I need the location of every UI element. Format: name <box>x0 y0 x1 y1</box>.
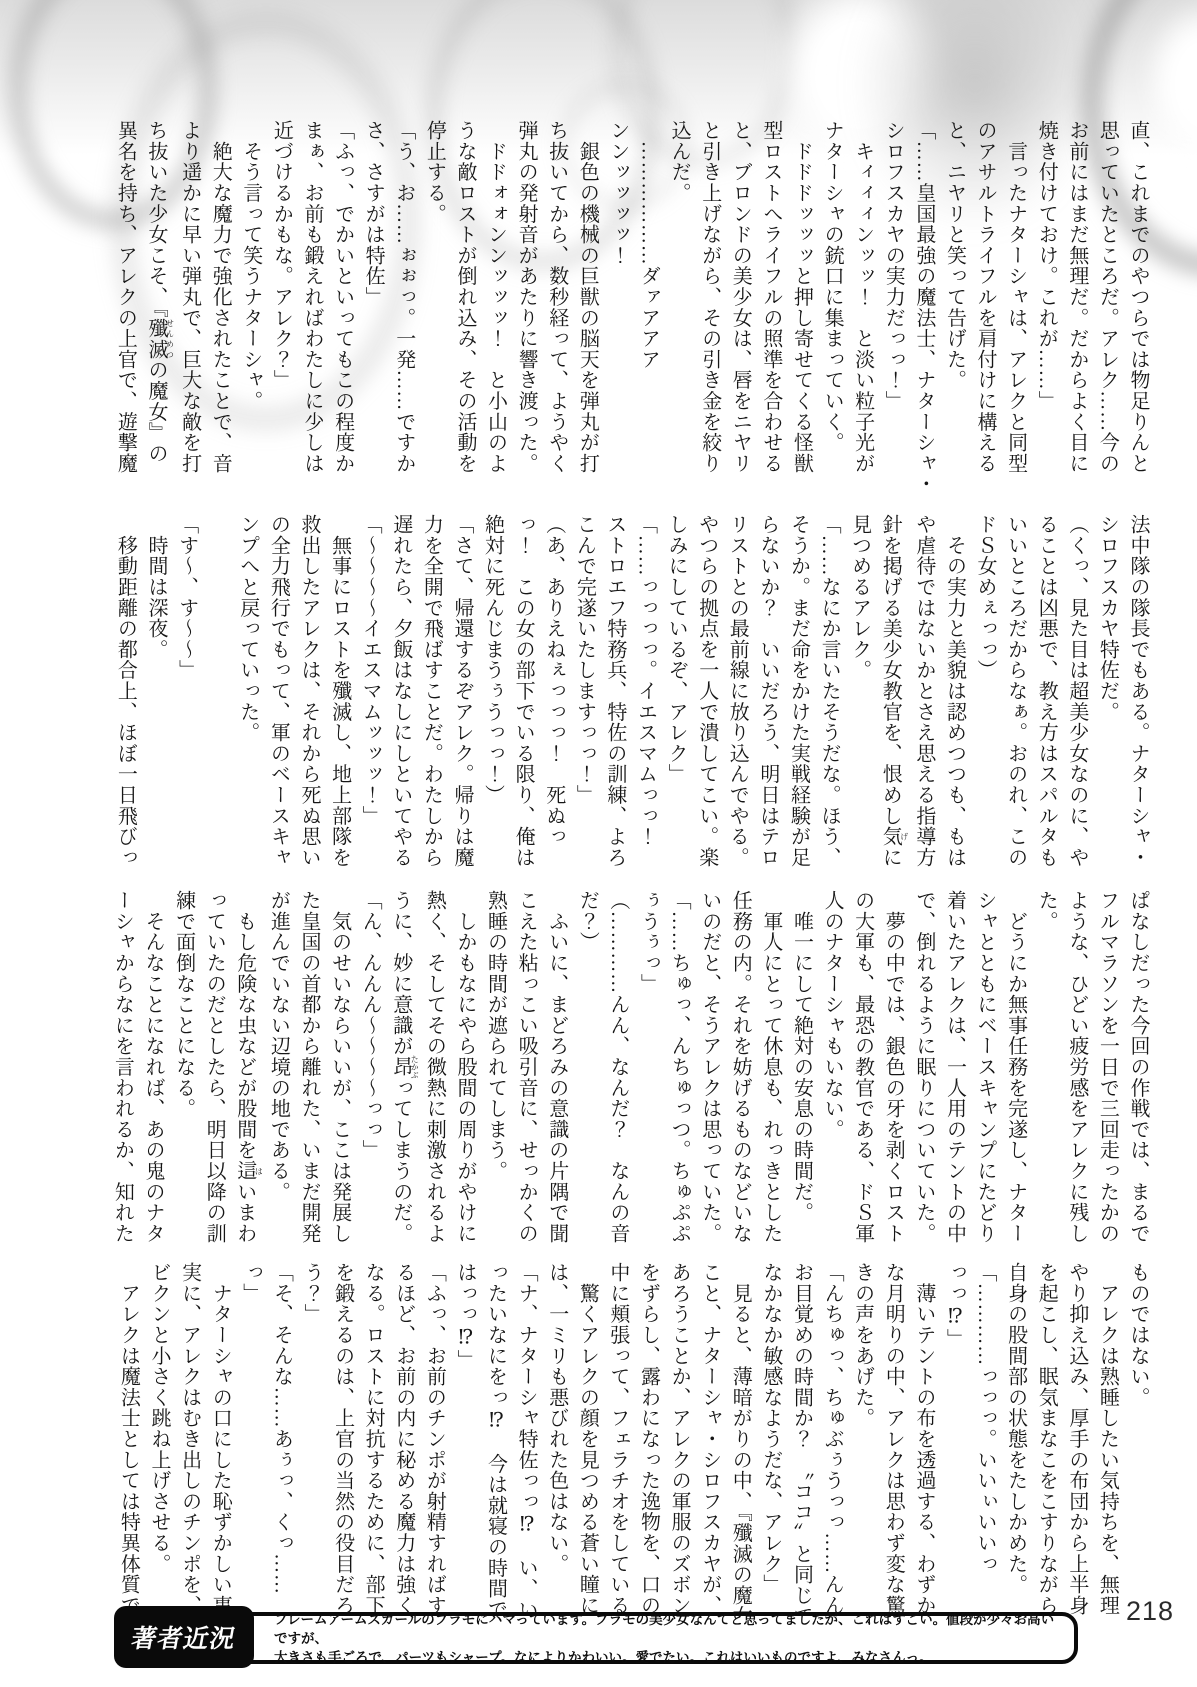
text-column: ンプへと戻っていった。 <box>232 514 263 870</box>
text-column: 焼き付けておけ。これが……」 <box>1031 120 1062 476</box>
text-column: いのだと、そうアレクは思っていた。 <box>694 890 725 1246</box>
text-column: 「す〜、す〜〜」 <box>171 514 202 870</box>
text-column: 唯一にして絶対の安息の時間だ。 <box>786 890 817 1246</box>
text-column: しみにしているぞ、アレク」 <box>661 514 692 870</box>
text-column: お前にはまだ無理だ。だからよく目に <box>1061 120 1092 476</box>
text-column: フルマラソンを一日で三回走ったかの <box>1092 890 1123 1246</box>
text-column: キィィィンッッ！ と淡い粒子光が <box>847 120 878 476</box>
text-column: その実力と美貌は認めつつも、もは <box>939 514 970 870</box>
text-column: 「んちゅっ、ちゅぶぅうっっ……んん？ <box>816 1262 847 1618</box>
text-column: っ！ この女の部下でいる限り、俺は <box>508 514 539 870</box>
text-column: ドＳ女めぇっっ） <box>969 514 1000 870</box>
text-column: ンンッッッッ！ <box>602 120 633 476</box>
text-column: 軍人にとって休息も、れっきとした <box>755 890 786 1246</box>
text-column: らないか？ いいだろう、明日はテロ <box>752 514 783 870</box>
text-column: アレクは熟睡したい気持ちを、無理 <box>1092 1262 1123 1618</box>
text-column: 「ふっ、でかいといってもこの程度か <box>327 120 358 476</box>
text-column: 絶大な魔力で強化されたことで、音 <box>205 120 236 476</box>
text-column: シロフスカヤの実力だっっ！」 <box>878 120 909 476</box>
text-column: 遅れたら、夕飯はなしにしといてやる <box>385 514 416 870</box>
text-column: 込んだ。 <box>664 120 695 476</box>
text-column: まぁ、お前も鍛えればわたしに少しは <box>296 120 327 476</box>
text-column: ち抜いた少女こそ、『殲滅せんめつの魔女』の <box>140 120 174 476</box>
text-column: （くっ、見た目は超美少女なのに、や <box>1061 514 1092 870</box>
text-column: 熱く、そしてその微熱に刺激されるよ <box>419 890 450 1246</box>
text-column: が進んでいない辺境の地である。 <box>263 890 294 1246</box>
text-column: と引き上げながら、その引き金を絞り <box>694 120 725 476</box>
text-column: 練で面倒なことになる。 <box>168 890 199 1246</box>
text-column: より遥かに早い弾丸で、巨大な敵を打 <box>174 120 205 476</box>
text-column: 薄いテントの布を透過する、わずか <box>908 1262 939 1618</box>
text-column: きの声をあげた。 <box>847 1262 878 1618</box>
author-news-label: 著者近況 <box>114 1606 254 1668</box>
text-column: と、ブロンドの美少女は、唇をニヤリ <box>725 120 756 476</box>
text-column: 法中隊の隊長でもある。ナターシャ・ <box>1122 514 1153 870</box>
text-column: どうにか無事任務を完遂し、ナター <box>1000 890 1031 1246</box>
text-column: な月明りの中、アレクは思わず変な驚 <box>878 1262 909 1618</box>
text-column: ドドォォンンッッッ！ と小山のよ <box>480 120 511 476</box>
text-column: しかもなにやら股間の周りがやけに <box>449 890 480 1246</box>
text-column: 「……なにか言いたそうだな。ほう、 <box>813 514 844 870</box>
text-column: ………………ダァアアア <box>633 120 664 476</box>
text-band-4: ものではない。 アレクは熟睡したい気持ちを、無理やり抑え込み、厚手の布団から上半… <box>113 1262 1153 1618</box>
text-column: 絶対に死んじまうぅうっっ！） <box>477 514 508 870</box>
text-column: 見つめるアレク。 <box>844 514 875 870</box>
text-band-3: ぱなしだった今回の作戦では、まるでフルマラソンを一日で三回走ったかのような、ひど… <box>107 890 1153 1246</box>
text-column: さ、さすがは特佐」 <box>358 120 389 476</box>
text-column: 「……っっっっ。イエスマムっっ！ <box>630 514 661 870</box>
text-column: あろうことか、アレクの軍服のズボン <box>664 1262 695 1618</box>
text-column: 言ったナターシャは、アレクと同型 <box>1000 120 1031 476</box>
text-column: 熟睡の時間が遮られてしまう。 <box>480 890 511 1246</box>
text-column: 銀色の機械の巨獣の脳天を弾丸が打 <box>572 120 603 476</box>
text-column: 救出したアレクは、それから死ぬ思い <box>293 514 324 870</box>
text-column: そうか。まだ命をかけた実戦経験が足 <box>783 514 814 870</box>
manga-novel-page: 直、これまでのやつらでは物足りんと思っていたところだ。アレク……今のお前にはまだ… <box>0 0 1197 1687</box>
text-column: 自身の股間部の状態をたしかめた。 <box>1000 1262 1031 1618</box>
text-column: 「〜〜〜〜イエスマムッッッ！」 <box>355 514 386 870</box>
text-column: ような、ひどい疲労感をアレクに残し <box>1061 890 1092 1246</box>
text-column: るほど、お前の内に秘める魔力は強く <box>388 1262 419 1618</box>
text-column: ストロエフ特務兵、特佐の訓練、よろ <box>599 514 630 870</box>
text-column: 時間は深夜。 <box>140 514 171 870</box>
text-column: 力を全開で飛ばすことだ。わたしから <box>416 514 447 870</box>
text-column: うに、妙に意識が昂たかぶってしまうのだ。 <box>385 890 419 1246</box>
text-column: 移動距離の都合上、ほぼ一日飛びっ <box>110 514 141 870</box>
text-column: た皇国の首都から離れた、いまだ開発 <box>293 890 324 1246</box>
text-column: なる。ロストに対抗するために、部下 <box>358 1262 389 1618</box>
author-news-box: フレームアームズガールのプラモにハマっています。プラモの美少女なんてと思ってまし… <box>120 1612 1078 1664</box>
text-column: やり抑え込み、厚手の布団から上半身 <box>1061 1262 1092 1618</box>
text-column: 「ふっ、お前のチンポが射精すればす <box>419 1262 450 1618</box>
text-column: ち抜いてから、数秒経って、ようやく <box>541 120 572 476</box>
text-column: を鍛えるのは、上官の当然の役目だろ <box>327 1262 358 1618</box>
text-column: と、ニヤリと笑って告げた。 <box>939 120 970 476</box>
text-column: ることは凶悪で、教え方はスパルタも <box>1031 514 1062 870</box>
text-column: た。 <box>1031 890 1062 1246</box>
text-column: こえた粘っこい吸引音に、せっかくの <box>511 890 542 1246</box>
text-column: っっ⁉」 <box>939 1262 970 1618</box>
text-column: 針を掲げる美少女教官を、恨めし気げに <box>875 514 909 870</box>
text-column: ナターシャの銃口に集まっていく。 <box>816 120 847 476</box>
text-column: 異名を持ち、アレクの上官で、遊撃魔 <box>110 120 141 476</box>
text-column: 「そ、そんな……あぅっ、くっ…… <box>266 1262 297 1618</box>
text-column: 驚くアレクの顔を見つめる蒼い瞳に <box>572 1262 603 1618</box>
text-column: 実に、アレクはむき出しのチンポを、 <box>174 1262 205 1618</box>
text-column: 「…………っっっ。いいぃいいっ <box>969 1262 1000 1618</box>
author-news-line: フレームアームズガールのプラモにハマっています。プラモの美少女なんてと思ってまし… <box>274 1610 1062 1648</box>
text-column: うな敵ロストが倒れ込み、その活動を <box>449 120 480 476</box>
text-column: 人のナターシャもいない。 <box>816 890 847 1246</box>
text-column: シロフスカヤ特佐だ。 <box>1092 514 1123 870</box>
text-column: 型ロストへライフルの照準を合わせる <box>755 120 786 476</box>
text-column: 気のせいならいいが、ここは発展し <box>324 890 355 1246</box>
text-column: や虐待ではないかとさえ思える指導方 <box>908 514 939 870</box>
text-column: う？」 <box>296 1262 327 1618</box>
text-column: ドドドッッッと押し寄せてくる怪獣 <box>786 120 817 476</box>
text-column: 「う、お……ぉぉっ。一発……ですか <box>388 120 419 476</box>
text-column: 「さて、帰還するぞアレク。帰りは魔 <box>446 514 477 870</box>
text-column: シャとともにベースキャンプにたどり <box>969 890 1000 1246</box>
text-column: やつらの拠点を一人で潰してこい。楽 <box>691 514 722 870</box>
text-column: そう言って笑うナターシャ。 <box>235 120 266 476</box>
text-column: ぅうぅっ」 <box>633 890 664 1246</box>
text-column: 任務の内。それを妨げるものなどいな <box>725 890 756 1246</box>
text-column: 「……皇国最強の魔法士、ナターシャ・ <box>908 120 939 476</box>
text-column: そんなことになれば、あの鬼のナタ <box>137 890 168 1246</box>
text-column: いいところだからなぁ。おのれ、この <box>1000 514 1031 870</box>
text-column: ーシャからなにを言われるか、知れた <box>107 890 138 1246</box>
text-column: なかなか敏感なようだな、アレク」 <box>755 1262 786 1618</box>
text-column: ぱなしだった今回の作戦では、まるで <box>1122 890 1153 1246</box>
text-column: 「ん、んんん〜〜〜〜っっ」 <box>355 890 386 1246</box>
text-column: リストとの最前線に放り込んでやる。 <box>722 514 753 870</box>
text-column: お目覚めの時間か？ 〝ココ〟と同じで、 <box>786 1262 817 1618</box>
text-column: っ」 <box>235 1262 266 1618</box>
text-column: （あ、ありえねぇっっっ！ 死ぬっ <box>538 514 569 870</box>
text-band-2: 法中隊の隊長でもある。ナターシャ・シロフスカヤ特佐だ。（くっ、見た目は超美少女な… <box>110 514 1153 870</box>
text-column: 「……ちゅっ、んちゅっつ。ちゅぷぷ <box>664 890 695 1246</box>
author-news-line: 大きさも手ごろで、パーツもシャープ。なによりかわいい。愛でたい。これはいいもので… <box>274 1648 1062 1667</box>
text-column: を起こし、眠気まなこをこすりながら、 <box>1031 1262 1062 1618</box>
text-column: 着いたアレクは、一人用のテントの中 <box>939 890 970 1246</box>
text-column: 近づけるかもな。アレク？」 <box>266 120 297 476</box>
text-column: 無事にロストを殲滅し、地上部隊を <box>324 514 355 870</box>
text-column: 思っていたところだ。アレク……今の <box>1092 120 1123 476</box>
text-column: 見ると、薄暗がりの中、『殲滅の魔女』 <box>725 1262 756 1618</box>
text-column: 弾丸の発射音があたりに響き渡った。 <box>511 120 542 476</box>
text-column: の大軍も、最恐の教官である、ドＳ軍 <box>847 890 878 1246</box>
text-column: をずらし、露わになった逸物を、口の <box>633 1262 664 1618</box>
text-column: アレクは魔法士としては特異体質で、 <box>113 1262 144 1618</box>
text-column: はっっ⁉」 <box>449 1262 480 1618</box>
text-column: っていたのだとしたら、明日以降の訓 <box>199 890 230 1246</box>
text-column: ものではない。 <box>1122 1262 1153 1618</box>
text-column: で、倒れるように眠りについていた。 <box>908 890 939 1246</box>
text-column: 「ナ、ナターシャ特佐っっ⁉ い、い <box>511 1262 542 1618</box>
text-column: 中に頬張って、フェラチオをしている。 <box>602 1262 633 1618</box>
text-column: こんで完遂いたしますっっ！」 <box>569 514 600 870</box>
text-column: ビクンと小さく跳ね上げさせる。 <box>143 1262 174 1618</box>
text-column: のアサルトライフルを肩付けに構える <box>969 120 1000 476</box>
text-column: こと、ナターシャ・シロフスカヤが、 <box>694 1262 725 1618</box>
text-column: 停止する。 <box>419 120 450 476</box>
text-column: ナターシャの口にした恥ずかしい事 <box>205 1262 236 1618</box>
text-column: ふいに、まどろみの意識の片隅で聞 <box>541 890 572 1246</box>
text-column: （…………んん、なんだ？ なんの音 <box>602 890 633 1246</box>
text-column: の全力飛行でもって、軍のベースキャ <box>263 514 294 870</box>
text-column: ったいなにをっ⁉ 今は就寝の時間で <box>480 1262 511 1618</box>
text-band-1: 直、これまでのやつらでは物足りんと思っていたところだ。アレク……今のお前にはまだ… <box>110 120 1153 476</box>
text-column: だ？） <box>572 890 603 1246</box>
text-column: 直、これまでのやつらでは物足りんと <box>1122 120 1153 476</box>
text-column <box>202 514 233 870</box>
text-column: は、一ミリも悪びれた色はない。 <box>541 1262 572 1618</box>
text-column: 夢の中では、銀色の牙を剥くロスト <box>878 890 909 1246</box>
text-column: もし危険な虫などが股間を這はいまわ <box>229 890 263 1246</box>
page-number: 218 <box>1126 1596 1174 1627</box>
